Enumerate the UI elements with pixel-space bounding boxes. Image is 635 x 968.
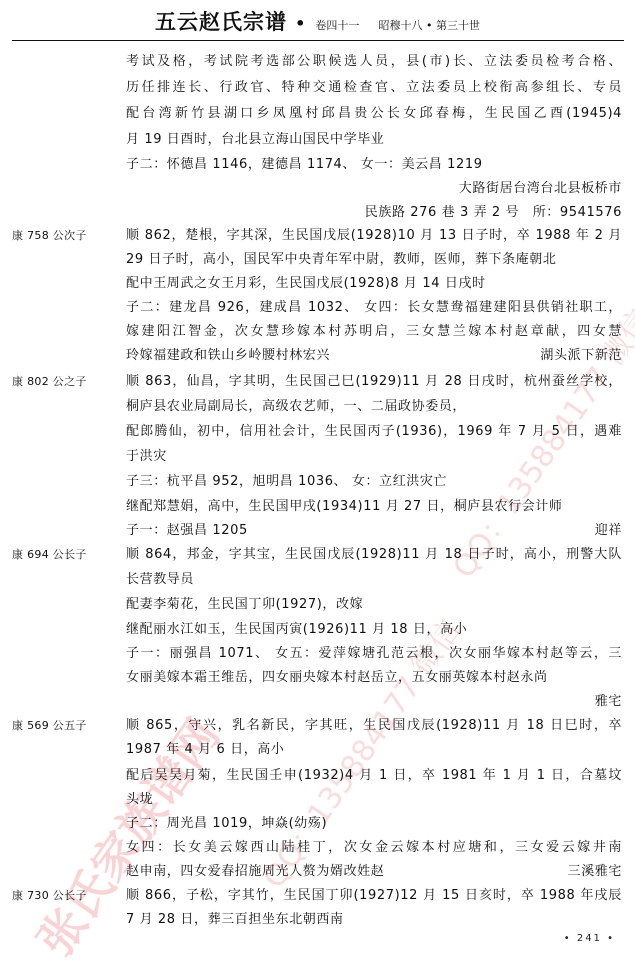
page-header: 五云赵氏宗谱 • 卷四十一 昭穆十八 • 第三十世 [0,6,635,36]
volume-label: 卷四十一 [315,19,359,32]
page-number: • 241 • [564,933,615,944]
parent-label: 康 569 公五子 [12,717,87,735]
residence-line: 湖头派下新范 [126,347,622,365]
text-line: 配后吴吴月菊，生民国壬申(1932)4 月 1 日，卒 1981 年 1 月 1… [126,767,622,785]
residence-line: 雅宅 [126,693,622,711]
text-line: 配台湾新竹县湖口乡凤凰村邱昌贵公长女邱春梅，生民国乙酉(1945)4 [126,105,622,123]
text-line: 长营教导员 [126,571,622,589]
text-line: 顺 866，子松，字其竹，生民国丁卯(1927)12 月 15 日亥时，卒 19… [126,887,622,905]
title-separator: • [295,14,305,33]
text-line: 顺 864，邦金，字其宝，生民国戊辰(1928)11 月 18 日子时，高小，刑… [126,546,622,564]
text-line: 子二：建龙昌 926，建成昌 1032、 女四：长女慧鸯福建建阳县供销社职工， [126,299,622,317]
header-rule [12,40,624,41]
text-line: 子二：怀德昌 1146，建德昌 1174、 女一：美云昌 1219 [126,156,622,174]
text-line: 于洪灾 [126,448,622,466]
text-line: 嫁建阳江智金，次女慧珍嫁本村苏明启，三女慧兰嫁本村赵章献，四女慧 [126,323,622,341]
text-line: 桐庐县农业局副局长，高级农艺师，一、二届政协委员， [126,398,622,416]
parent-label: 康 694 公长子 [12,546,87,564]
text-line: 顺 862，楚根，字其深，生民国戊辰(1928)10 月 13 日子时，卒 19… [126,227,622,245]
branch-label: 昭穆十八 • 第三十世 [379,19,480,32]
parent-label: 康 802 公之子 [12,373,87,391]
text-line: 月 19 日酉时，台北县立海山国民中学毕业 [126,131,622,149]
watermark-contact-2: QQ：135884177 微信 [440,299,635,585]
text-line: 配郎腾仙，初中，信用社会计，生民国丙子(1936)，1969 年 7 月 5 日… [126,423,622,441]
residence-line: 民族路 276 巷 3 弄 2 号 所：9541576 [126,204,622,222]
text-line: 子三：杭平昌 952，旭明昌 1036、 女：立红洪灾亡 [126,473,622,491]
parent-label: 康 758 公次子 [12,227,87,245]
text-line: 配中王周武之女王月彩，生民国戊辰(1928)8 月 14 日戌时 [126,275,622,293]
text-line: 7 月 28 日，葬三百担坐东北朝西南 [126,911,622,929]
book-title: 五云赵氏宗谱 [155,9,287,34]
text-line: 1987 年 4 月 6 日，高小 [126,741,622,759]
text-line: 顺 865，守兴，乳名新民，字其旺，生民国戊辰(1928)11 月 18 日巳时… [126,717,622,735]
genealogy-page: 张氏家族谱网 QQ：135884177 微信 QQ：135884177 微信 五… [0,0,635,968]
text-line: 头垅 [126,791,622,809]
residence-line: 三溪雅宅 [126,863,622,881]
text-line: 考试及格，考试院考选部公职候选人员，县(市)长、立法委员检考合格、 [126,53,622,71]
text-line: 配妻李菊花，生民国丁卯(1927)，改嫁 [126,596,622,614]
residence-line: 迎祥 [126,522,622,540]
text-line: 顺 863，仙昌，字其明，生民国己巳(1929)11 月 28 日戌时，杭州蚕丝… [126,373,622,391]
text-line: 历任排连长、行政官、特种交通检查官、立法委员上校衔高参组长、专员 [126,79,622,97]
text-line: 子一：丽强昌 1071、 女五：爱萍嫁塘孔范云根，次女丽华嫁本村赵等云，三 [126,645,622,663]
text-line: 女四：长女美云嫁西山陆桂丁，次女金云嫁本村应塘和，三女爱云嫁井南 [126,839,622,857]
text-line: 子二：周光昌 1019，坤焱(幼殇) [126,815,622,833]
text-line: 29 日子时，高小，国民军中央青年军中尉，教师，医师，葬下条庵朝北 [126,251,622,269]
text-line: 继配郑慧娟，高中，生民国甲戌(1934)11 月 27 日，桐庐县农行会计师 [126,498,622,516]
text-line: 继配丽水江如玉，生民国丙寅(1926)11 月 18 日，高小 [126,621,622,639]
parent-label: 康 730 公长子 [12,887,87,905]
text-line: 女丽美嫁本霜王维岳，四女丽央嫁本村赵岳立，五女丽英嫁本村赵永尚 [126,669,622,687]
residence-line: 大路街居台湾台北县板桥市 [126,180,622,198]
